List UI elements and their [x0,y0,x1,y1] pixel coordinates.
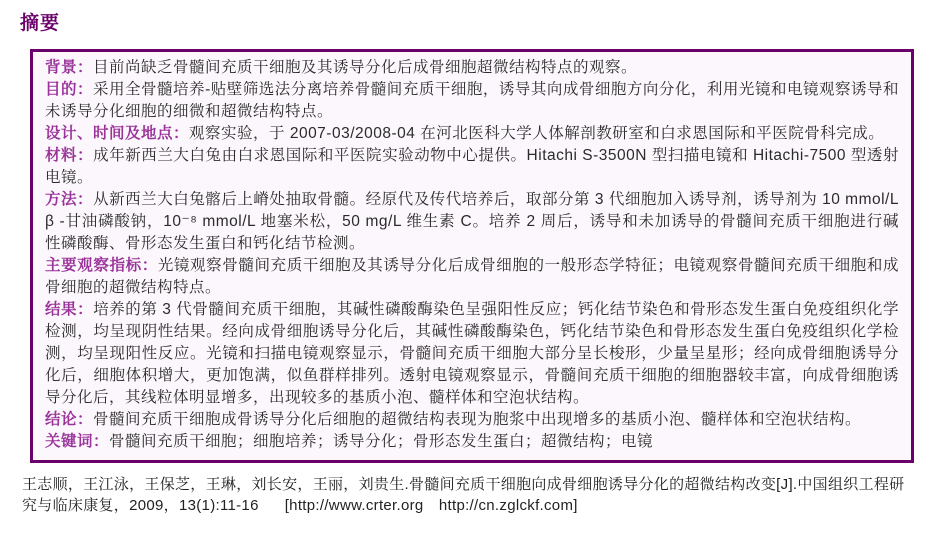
section-keywords: 关键词：骨髓间充质干细胞；细胞培养；诱导分化；骨形态发生蛋白；超微结构；电镜 [45,431,899,453]
citation-links: [http://www.crter.org http://cn.zglckf.c… [285,497,578,514]
section-label: 结论： [45,411,93,428]
section-label: 目的： [45,81,93,98]
section-text: 成年新西兰大白兔由白求恩国际和平医院实验动物中心提供。Hitachi S-350… [45,147,899,186]
section-text: 培养的第 3 代骨髓间充质干细胞，其碱性磷酸酶染色呈强阳性反应；钙化结节染色和骨… [45,301,899,406]
section-label: 背景： [45,59,93,76]
section-materials: 材料：成年新西兰大白兔由白求恩国际和平医院实验动物中心提供。Hitachi S-… [45,145,899,189]
section-label: 材料： [45,147,93,164]
section-conclusion: 结论：骨髓间充质干细胞成骨诱导分化后细胞的超微结构表现为胞浆中出现增多的基质小泡… [45,409,899,431]
section-label: 方法： [45,191,93,208]
abstract-page: 摘要 背景：目前尚缺乏骨髓间充质干细胞及其诱导分化后成骨细胞超微结构特点的观察。… [0,0,926,533]
section-text: 从新西兰大白兔髂后上嵴处抽取骨髓。经原代及传代培养后，取部分第 3 代细胞加入诱… [45,191,899,252]
section-text: 采用全骨髓培养-贴壁筛选法分离培养骨髓间充质干细胞，诱导其向成骨细胞方向分化，利… [45,81,899,120]
section-text: 骨髓间充质干细胞；细胞培养；诱导分化；骨形态发生蛋白；超微结构；电镜 [109,433,653,450]
section-label: 设计、时间及地点： [45,125,189,142]
section-label: 结果： [45,301,93,318]
page-title: 摘要 [0,0,926,35]
section-main-outcome-measures: 主要观察指标：光镜观察骨髓间充质干细胞及其诱导分化后成骨细胞的一般形态学特征；电… [45,255,899,299]
section-methods: 方法：从新西兰大白兔髂后上嵴处抽取骨髓。经原代及传代培养后，取部分第 3 代细胞… [45,189,899,255]
section-background: 背景：目前尚缺乏骨髓间充质干细胞及其诱导分化后成骨细胞超微结构特点的观察。 [45,57,899,79]
section-label: 关键词： [45,433,109,450]
section-text: 观察实验，于 2007-03/2008-04 在河北医科大学人体解剖教研室和白求… [189,125,884,142]
section-label: 主要观察指标： [45,257,158,274]
abstract-box: 背景：目前尚缺乏骨髓间充质干细胞及其诱导分化后成骨细胞超微结构特点的观察。 目的… [30,49,914,463]
section-results: 结果：培养的第 3 代骨髓间充质干细胞，其碱性磷酸酶染色呈强阳性反应；钙化结节染… [45,299,899,409]
section-text: 目前尚缺乏骨髓间充质干细胞及其诱导分化后成骨细胞超微结构特点的观察。 [93,59,637,76]
section-objective: 目的：采用全骨髓培养-贴壁筛选法分离培养骨髓间充质干细胞，诱导其向成骨细胞方向分… [45,79,899,123]
citation: 王志顺，王江泳，王保芝，王琳，刘长安，王丽，刘贵生.骨髓间充质干细胞向成骨细胞诱… [0,463,926,516]
section-text: 光镜观察骨髓间充质干细胞及其诱导分化后成骨细胞的一般形态学特征；电镜观察骨髓间充… [45,257,899,296]
section-text: 骨髓间充质干细胞成骨诱导分化后细胞的超微结构表现为胞浆中出现增多的基质小泡、髓样… [93,411,861,428]
section-design-time-place: 设计、时间及地点：观察实验，于 2007-03/2008-04 在河北医科大学人… [45,123,899,145]
